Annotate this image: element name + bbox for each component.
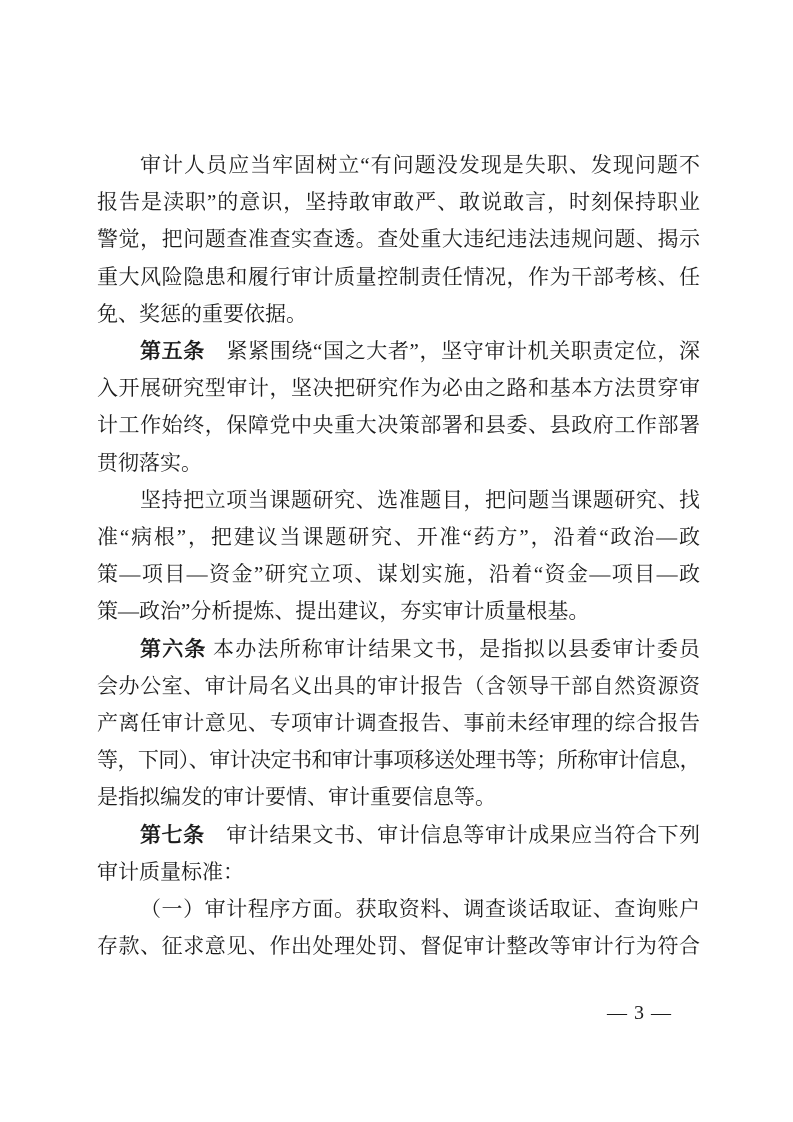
text-line: 会办公室、审计局名义出具的审计报告（含领导干部自然资源资 bbox=[97, 668, 700, 705]
text-line: 报告是渎职”的意识，坚持敢审敢严、敢说敢言，时刻保持职业 bbox=[97, 184, 700, 221]
text-line: 第七条 审计结果文书、审计信息等审计成果应当符合下列 bbox=[97, 817, 700, 854]
page-number: — 3 — bbox=[607, 1002, 672, 1025]
line-text: 产离任审计意见、专项审计调查报告、事前未经审理的综合报告 bbox=[97, 711, 700, 735]
article-6-label: 第六条 bbox=[140, 638, 207, 661]
article-5-label: 第五条 bbox=[140, 340, 205, 363]
text-line: 产离任审计意见、专项审计调查报告、事前未经审理的综合报告 bbox=[97, 705, 700, 742]
line-text: （一）审计程序方面。获取资料、调查谈话取证、查询账户 bbox=[140, 897, 700, 921]
line-text: 等，下同）、审计决定书和审计事项移送处理书等；所称审计信息， bbox=[97, 748, 700, 772]
line-text: 重大风险隐患和履行审计质量控制责任情况，作为干部考核、任 bbox=[97, 265, 700, 289]
text-line: （一）审计程序方面。获取资料、调查谈话取证、查询账户 bbox=[97, 891, 700, 928]
line-text: 计工作始终，保障党中央重大决策部署和县委、县政府工作部署 bbox=[97, 413, 700, 437]
paragraph-article-7: 第七条 审计结果文书、审计信息等审计成果应当符合下列 审计质量标准： bbox=[97, 817, 700, 891]
line-text: 入开展研究型审计，坚决把研究作为必由之路和基本方法贯穿审 bbox=[97, 376, 700, 400]
paragraph-research-audit: 坚持把立项当课题研究、选准题目，把问题当课题研究、找 准“病根”，把建议当课题研… bbox=[97, 482, 700, 631]
line-text: 会办公室、审计局名义出具的审计报告（含领导干部自然资源资 bbox=[97, 674, 700, 698]
paragraph-article-6: 第六条 本办法所称审计结果文书，是指拟以县委审计委员 会办公室、审计局名义出具的… bbox=[97, 631, 700, 817]
line-text: 坚持把立项当课题研究、选准题目，把问题当课题研究、找 bbox=[140, 488, 700, 512]
line-text: 审计质量标准： bbox=[97, 860, 244, 884]
text-line: 是指拟编发的审计要情、审计重要信息等。 bbox=[97, 779, 700, 816]
article-7-label: 第七条 bbox=[140, 824, 205, 847]
line-text: 审计人员应当牢固树立“有问题没发现是失职、发现问题不 bbox=[140, 153, 700, 177]
line-text: 报告是渎职”的意识，坚持敢审敢严、敢说敢言，时刻保持职业 bbox=[97, 190, 700, 214]
text-line: 存款、征求意见、作出处理处罚、督促审计整改等审计行为符合 bbox=[97, 928, 700, 965]
text-line: 等，下同）、审计决定书和审计事项移送处理书等；所称审计信息， bbox=[97, 742, 700, 779]
text-line: 第六条 本办法所称审计结果文书，是指拟以县委审计委员 bbox=[97, 631, 700, 668]
line-text: 贯彻落实。 bbox=[97, 451, 202, 475]
line-text: 审计结果文书、审计信息等审计成果应当符合下列 bbox=[205, 823, 700, 847]
line-text: 免、奖惩的重要依据。 bbox=[97, 302, 307, 326]
text-line: 坚持把立项当课题研究、选准题目，把问题当课题研究、找 bbox=[97, 482, 700, 519]
text-line: 贯彻落实。 bbox=[97, 445, 700, 482]
line-text: 准“病根”，把建议当课题研究、开准“药方”，沿着“政治—政 bbox=[97, 525, 700, 549]
text-line: 第五条 紧紧围绕“国之大者”，坚守审计机关职责定位，深 bbox=[97, 333, 700, 370]
text-line: 审计人员应当牢固树立“有问题没发现是失职、发现问题不 bbox=[97, 147, 700, 184]
document-body: 审计人员应当牢固树立“有问题没发现是失职、发现问题不 报告是渎职”的意识，坚持敢… bbox=[97, 147, 700, 965]
text-line: 策—项目—资金”研究立项、谋划实施，沿着“资金—项目—政 bbox=[97, 556, 700, 593]
paragraph-item-1-audit-procedure: （一）审计程序方面。获取资料、调查谈话取证、查询账户 存款、征求意见、作出处理处… bbox=[97, 891, 700, 965]
line-text: 本办法所称审计结果文书，是指拟以县委审计委员 bbox=[207, 637, 700, 661]
line-text: 存款、征求意见、作出处理处罚、督促审计整改等审计行为符合 bbox=[97, 934, 700, 958]
text-line: 审计质量标准： bbox=[97, 854, 700, 891]
line-text: 是指拟编发的审计要情、审计重要信息等。 bbox=[97, 785, 496, 809]
line-text: 警觉，把问题查准查实查透。查处重大违纪违法违规问题、揭示 bbox=[97, 227, 700, 251]
document-page: 审计人员应当牢固树立“有问题没发现是失职、发现问题不 报告是渎职”的意识，坚持敢… bbox=[0, 0, 793, 1122]
line-text: 策—项目—资金”研究立项、谋划实施，沿着“资金—项目—政 bbox=[97, 562, 700, 586]
text-line: 免、奖惩的重要依据。 bbox=[97, 296, 700, 333]
line-text: 紧紧围绕“国之大者”，坚守审计机关职责定位，深 bbox=[205, 339, 700, 363]
text-line: 入开展研究型审计，坚决把研究作为必由之路和基本方法贯穿审 bbox=[97, 370, 700, 407]
paragraph-audit-staff-awareness: 审计人员应当牢固树立“有问题没发现是失职、发现问题不 报告是渎职”的意识，坚持敢… bbox=[97, 147, 700, 333]
paragraph-article-5: 第五条 紧紧围绕“国之大者”，坚守审计机关职责定位，深 入开展研究型审计，坚决把… bbox=[97, 333, 700, 482]
text-line: 警觉，把问题查准查实查透。查处重大违纪违法违规问题、揭示 bbox=[97, 221, 700, 258]
text-line: 重大风险隐患和履行审计质量控制责任情况，作为干部考核、任 bbox=[97, 259, 700, 296]
text-line: 计工作始终，保障党中央重大决策部署和县委、县政府工作部署 bbox=[97, 407, 700, 444]
text-line: 准“病根”，把建议当课题研究、开准“药方”，沿着“政治—政 bbox=[97, 519, 700, 556]
line-text: 策—政治”分析提炼、提出建议，夯实审计质量根基。 bbox=[97, 599, 589, 623]
text-line: 策—政治”分析提炼、提出建议，夯实审计质量根基。 bbox=[97, 593, 700, 630]
